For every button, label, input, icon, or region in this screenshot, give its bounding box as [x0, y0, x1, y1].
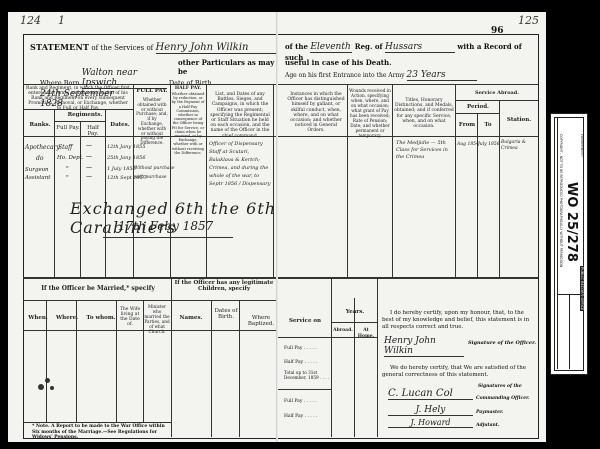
- certify-officer: I do hereby certify, upon my honour, tha…: [382, 310, 534, 331]
- from-entry: Aug 1854: [457, 142, 479, 147]
- rank-regiment-header: Rank and Regiment, in which the Officer …: [26, 86, 130, 111]
- children-dob: Dates of Birth.: [214, 308, 238, 320]
- col-line: [354, 298, 355, 437]
- sum-half-pay: Half Pay . . . . .: [284, 360, 318, 365]
- divider: [278, 84, 538, 85]
- signatures-of-the: Signatures of the: [478, 384, 522, 389]
- col-line: [211, 300, 212, 437]
- col-line: [105, 109, 106, 277]
- row-4-purchase: with purchase: [134, 175, 166, 180]
- abroad-header: Abroad.: [332, 328, 354, 334]
- full-pay-header: FULL PAY.: [136, 88, 168, 94]
- ranks-header: Ranks.: [26, 122, 54, 128]
- co-label: Commanding Officer.: [476, 396, 530, 401]
- col-line: [46, 300, 47, 422]
- row-4-halfpay: —: [86, 173, 92, 180]
- full-pay-desc: Whether obtained with or without Purchas…: [136, 98, 168, 146]
- divider: [23, 330, 280, 331]
- reg-of-label: Reg. of: [355, 42, 383, 51]
- divider: [278, 389, 331, 390]
- row-1-date: 12th Jany 1855: [107, 144, 146, 150]
- paymaster-label: Paymaster.: [476, 410, 503, 415]
- distinguished-header: Instances in which the Officer has disti…: [286, 92, 346, 134]
- sum-full-pay-2: Full Pay . . . . .: [284, 399, 317, 404]
- adjutant-signature: J. Howard: [388, 418, 473, 428]
- of-the-label: of the: [285, 42, 308, 51]
- statement-label: STATEMENT: [30, 42, 89, 52]
- row-1-fullpay: Staff: [58, 144, 72, 151]
- divider: [456, 100, 538, 101]
- col-line: [392, 84, 393, 277]
- married-title: If the Officer be Married,* specify: [28, 286, 168, 292]
- row-1-halfpay: —: [86, 142, 92, 149]
- ruler-divider: [558, 294, 582, 295]
- divider: [456, 113, 500, 114]
- col-line: [455, 84, 456, 277]
- titles-header: Titles, Honorary Distinctions, and Medal…: [394, 98, 454, 129]
- divider: [23, 109, 133, 110]
- divider: [23, 300, 280, 301]
- left-page: 124 1 STATEMENT of the Services of Henry…: [8, 12, 278, 442]
- col-line: [499, 100, 500, 277]
- age-label: Age on his first Entrance into the Army: [285, 72, 405, 79]
- campaigns-header: List, and Dates of any Battles, Sieges, …: [208, 92, 272, 139]
- age-value: 23 Years: [407, 70, 477, 81]
- adjutant-label: Adjutant.: [476, 423, 499, 428]
- wounds-header: Wounds received in Action, specifying wh…: [349, 88, 391, 138]
- statement-text: of the Services of: [91, 44, 153, 52]
- years-header: Years.: [333, 309, 377, 315]
- ruler-line: [569, 294, 570, 369]
- row-2-date: 25th Jany 1856: [107, 155, 146, 161]
- from-header: From: [457, 122, 477, 128]
- dates-header: Dates.: [106, 122, 134, 128]
- row-2-halfpay: —: [86, 153, 92, 160]
- col-line: [347, 84, 348, 277]
- divider: [23, 136, 280, 137]
- page-number-right: 125: [518, 14, 539, 27]
- children-names: Names.: [176, 315, 206, 321]
- right-page: 125 96 of the Eleventh Reg. of Hussars w…: [278, 12, 546, 442]
- titles-entry: The Medjidie — 5th Class for Services in…: [396, 140, 454, 161]
- officer-signature: Henry John Wilkin: [384, 336, 464, 357]
- col-line: [331, 277, 332, 437]
- useful-line: useful in case of his Death.: [285, 58, 392, 67]
- officer-name: Henry John Wilkin: [156, 42, 276, 54]
- sum-full-pay: Full Pay . . . . .: [284, 346, 317, 351]
- col-line: [171, 277, 172, 437]
- col-line: [76, 300, 77, 422]
- strip-line: [557, 117, 558, 369]
- copyright-notice: COPYRIGHT - NOT TO BE REPRODUCED PHOTOGR…: [559, 134, 563, 267]
- divider: [278, 277, 538, 279]
- married-to-whom: To whom.: [86, 315, 116, 321]
- divider: [331, 322, 377, 323]
- row-3-purchase: Without purchase: [134, 166, 175, 171]
- row-1-rank: Apothecary: [25, 144, 60, 151]
- signature-label: Signature of the Officer.: [468, 340, 536, 346]
- statement-line: STATEMENT of the Services of Henry John …: [30, 42, 280, 54]
- service-on-header: Service on: [280, 318, 330, 324]
- exchange-underline: [103, 237, 233, 238]
- paymaster-signature: J. Hely: [388, 405, 473, 416]
- children-title: If the Officer has any legitimate Childr…: [174, 280, 274, 292]
- station-header: Station.: [500, 117, 538, 123]
- col-line: [206, 84, 207, 277]
- to-entry: July 1856: [478, 142, 500, 147]
- row-3-fullpay: ": [66, 166, 69, 173]
- at-home-header: At Home.: [355, 328, 377, 340]
- campaigns-entry: Officer of Dispensary Staff at Scutari, …: [209, 140, 271, 188]
- ink-blot: [38, 384, 44, 390]
- to-header: To: [478, 122, 498, 128]
- col-line: [477, 113, 478, 277]
- row-4-fullpay: ": [66, 175, 69, 182]
- co-signature: C. Lucan Col: [388, 388, 473, 400]
- row-2-fullpay: Ho. Dept.: [57, 155, 84, 161]
- service-abroad-header: Service Abroad.: [458, 90, 536, 96]
- divider: [23, 277, 280, 279]
- reference-number: WO 25/278: [564, 182, 579, 262]
- regiment-number: Eleventh: [310, 42, 352, 53]
- sum-total: Total up to 31st December, 1859 . . . .: [284, 370, 332, 380]
- office-label: PUBLIC RECORD OFFICE: [580, 266, 584, 311]
- children-baptized: Where Baptized.: [242, 315, 280, 327]
- col-line: [116, 300, 117, 422]
- col-line: [170, 84, 171, 277]
- regiment-name: Hussars: [385, 42, 455, 53]
- reference-strip: Reference:- WO 25/278 PUBLIC RECORD OFFI…: [550, 113, 588, 375]
- ink-blot: [50, 386, 54, 390]
- period-header: Period.: [458, 104, 498, 110]
- married-wife-living: The Wife living at the Date of.: [118, 307, 142, 327]
- col-line: [273, 84, 274, 277]
- half-pay-desc: Whether obtained by reduction, or by the…: [171, 92, 205, 155]
- station-entry: Bulgaria & Crimea: [501, 140, 537, 152]
- footnote: * Note. A Report to be made to the War O…: [32, 424, 172, 441]
- reference-label: Reference:-: [580, 134, 585, 157]
- row-3-halfpay: —: [86, 164, 92, 171]
- divider: [23, 422, 171, 423]
- divider: [278, 337, 377, 338]
- row-3-rank: Surgeon Assistant: [25, 166, 53, 182]
- certify-general: We do hereby certify, that We are satisf…: [382, 365, 534, 379]
- row-2-rank: do: [36, 155, 43, 162]
- row-3-date: 1 July 1856: [107, 166, 136, 172]
- col-line: [239, 300, 240, 437]
- page-mark: 1: [58, 14, 65, 27]
- full-pay-reg-header: Full Pay.: [56, 125, 80, 131]
- exchange-date: 17th Feby 1857: [118, 219, 213, 233]
- age-line: Age on his first Entrance into the Army …: [285, 70, 477, 81]
- page-number-left: 124: [20, 14, 41, 27]
- regiments-header: Regiments.: [60, 112, 110, 118]
- col-line: [54, 109, 55, 277]
- ink-blot: [45, 378, 50, 383]
- col-line: [143, 300, 144, 422]
- col-line: [377, 277, 378, 437]
- divider: [23, 84, 280, 85]
- sum-half-pay-2: Half Pay . . . . .: [284, 414, 318, 419]
